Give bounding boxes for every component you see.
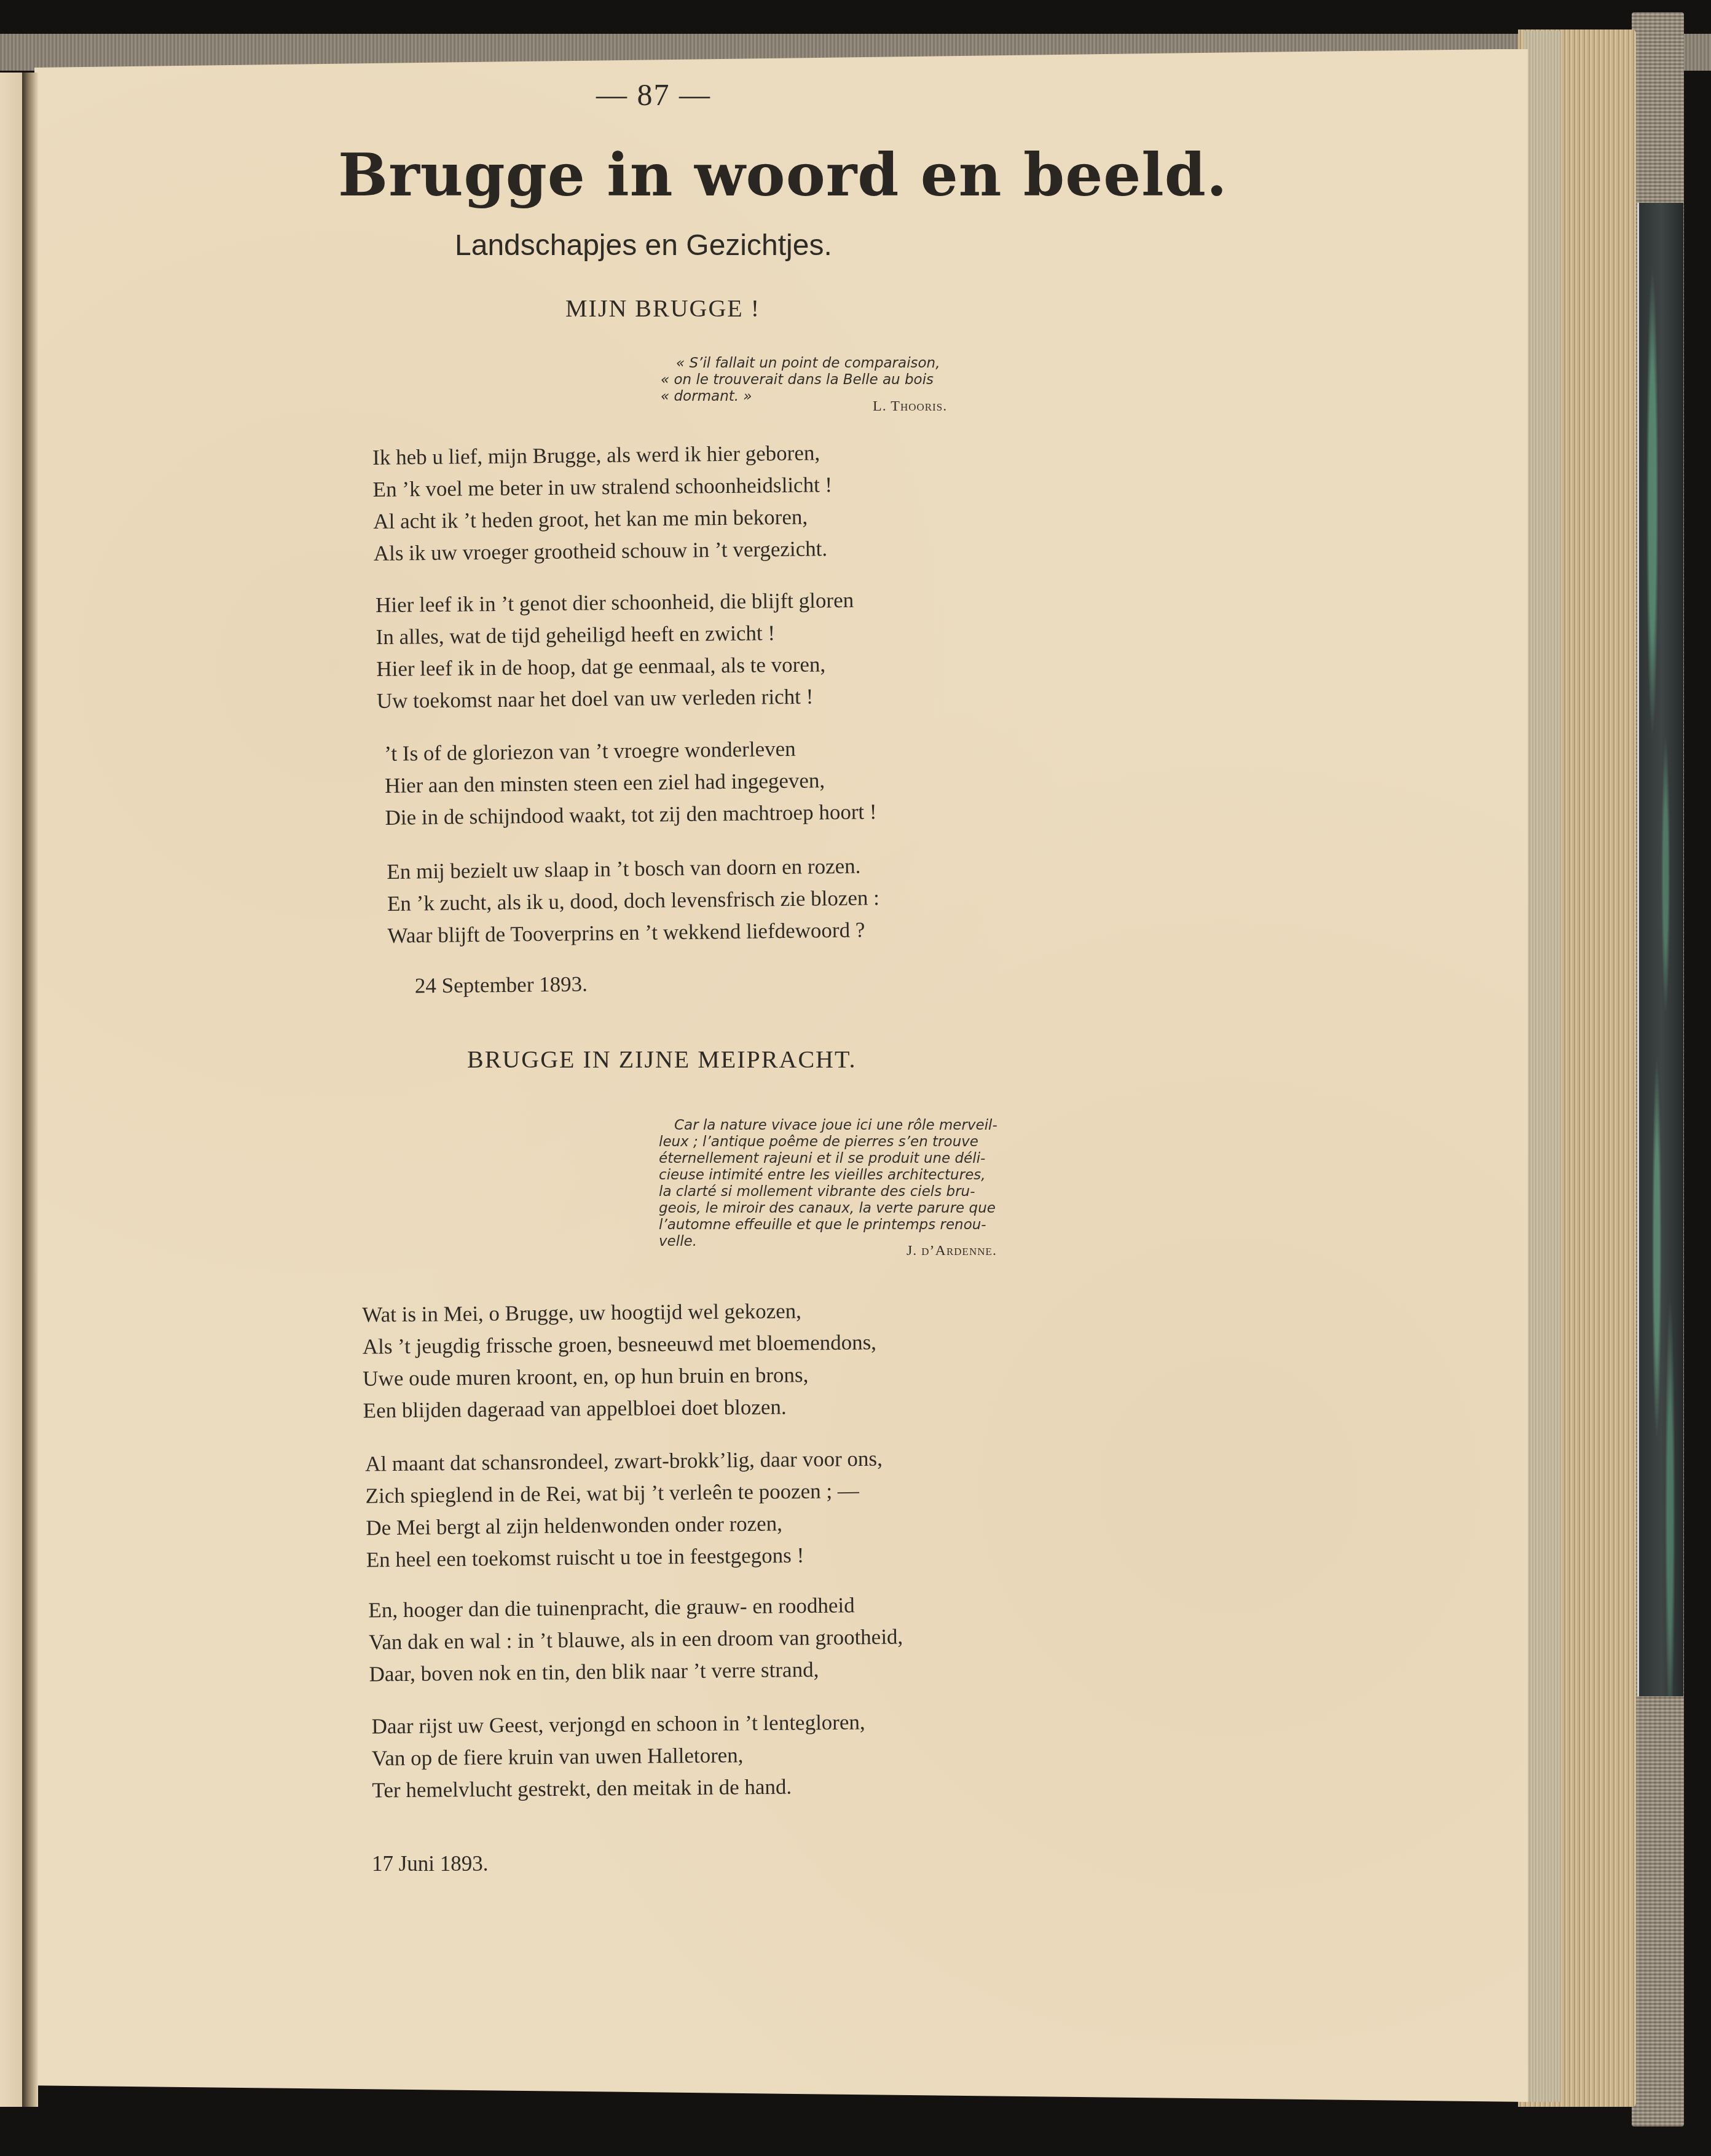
book-gutter <box>22 73 38 2107</box>
stanza: Hier leef ik in ’t genot dier schoonheid… <box>376 584 855 717</box>
epigraph: « S’il fallait un point de comparaison, … <box>661 355 940 405</box>
stanza: Ik heb u lief, mijn Brugge, als werd ik … <box>372 437 833 570</box>
epigraph-attribution: J. d’Ardenne. <box>907 1243 997 1259</box>
epigraph-line: leux ; l’antique poême de pierres s’en t… <box>659 1134 1040 1151</box>
epigraph-line: éternellement rajeuni et il se produit u… <box>659 1151 1040 1167</box>
verse-line: Als ’t jeugdig frissche groen, besneeuwd… <box>363 1326 877 1363</box>
verse-line: Een blijden dageraad van appelbloei doet… <box>363 1390 877 1426</box>
verse-line: Zich spieglend in de Rei, wat bij ’t ver… <box>365 1475 883 1513</box>
epigraph-line: la clarté si mollement vibrante des ciel… <box>659 1184 1040 1200</box>
stanza: Daar rijst uw Geest, verjongd en schoon … <box>371 1706 866 1806</box>
stanza: En mij bezielt uw slaap in ’t bosch van … <box>387 850 880 952</box>
verse-line: En heel een toekomst ruischt u toe in fe… <box>366 1539 884 1576</box>
verse-line: Al maant dat schansrondeel, zwart-brokk’… <box>365 1443 883 1481</box>
verse-line: Die in de schijndood waakt, tot zij den … <box>385 796 877 834</box>
verse-line: Ter hemelvlucht gestrekt, den meitak in … <box>372 1770 866 1806</box>
verse-line: Uwe oude muren kroont, en, op hun bruin … <box>363 1358 877 1395</box>
epigraph: Car la nature vivace joue ici une rôle m… <box>659 1117 1040 1250</box>
poem-date: 24 September 1893. <box>415 972 588 999</box>
verse-line: Van dak en wal : in ’t blauwe, als in ee… <box>369 1621 903 1658</box>
marbled-cover-edge <box>1637 203 1683 1696</box>
epigraph-attribution: L. Thooris. <box>873 398 947 415</box>
epigraph-line: l’automne effeuille et que le printemps … <box>659 1217 1040 1233</box>
stanza: ’t Is of de gloriezon van ’t vroegre won… <box>384 732 877 834</box>
verse-line: Daar, boven nok en tin, den blik naar ’t… <box>369 1653 903 1690</box>
epigraph-line: Car la nature vivace joue ici une rôle m… <box>659 1117 1040 1134</box>
verse-line: Als ik uw vroeger grootheid schouw in ’t… <box>374 533 833 570</box>
verse-line: Al acht ik ’t heden groot, het kan me mi… <box>373 501 833 538</box>
page-subtitle: Landschapjes en Gezichtjes. <box>455 229 832 262</box>
epigraph-line: geois, le miroir des canaux, la verte pa… <box>659 1200 1040 1217</box>
verse-line: Wat is in Mei, o Brugge, uw hoogtijd wel… <box>362 1294 876 1331</box>
verse-line: Hier leef ik in de hoop, dat ge eenmaal,… <box>376 648 854 685</box>
epigraph-line: « S’il fallait un point de comparaison, <box>661 355 940 372</box>
verse-line: Hier leef ik in ’t genot dier schoonheid… <box>376 584 854 621</box>
verse-line: Daar rijst uw Geest, verjongd en schoon … <box>371 1706 865 1742</box>
page-stack-inner <box>1524 31 1561 2102</box>
verse-line: En, hooger dan die tuinenpracht, die gra… <box>368 1589 903 1626</box>
left-page-edge <box>0 73 25 2107</box>
verse-line: De Mei bergt al zijn heldenwonden onder … <box>366 1507 883 1544</box>
verse-line: Uw toekomst naar het doel van uw verlede… <box>377 680 855 717</box>
stanza: En, hooger dan die tuinenpracht, die gra… <box>368 1589 903 1690</box>
stanza: Wat is in Mei, o Brugge, uw hoogtijd wel… <box>362 1294 877 1426</box>
epigraph-line: « on le trouverait dans la Belle au bois <box>661 372 940 388</box>
page-number: — 87 — <box>596 77 711 112</box>
verse-line: In alles, wat de tijd geheiligd heeft en… <box>376 616 854 653</box>
poem-date: 17 Juni 1893. <box>372 1852 489 1876</box>
stanza: Al maant dat schansrondeel, zwart-brokk’… <box>365 1443 884 1576</box>
verse-line: En ’k voel me beter in uw stralend schoo… <box>372 469 832 506</box>
verse-line: Ik heb u lief, mijn Brugge, als werd ik … <box>372 437 832 474</box>
page-title: Brugge in woord en beeld. <box>338 140 1227 210</box>
epigraph-line: cieuse intimité entre les vieilles archi… <box>659 1167 1040 1184</box>
verse-line: Waar blijft de Tooverprins en ’t wekkend… <box>387 914 879 952</box>
verse-line: Van op de fiere kruin van uwen Halletore… <box>372 1738 866 1774</box>
poem-title: MIJN BRUGGE ! <box>565 294 760 323</box>
poem-title: BRUGGE IN ZIJNE MEIPRACHT. <box>467 1045 856 1074</box>
